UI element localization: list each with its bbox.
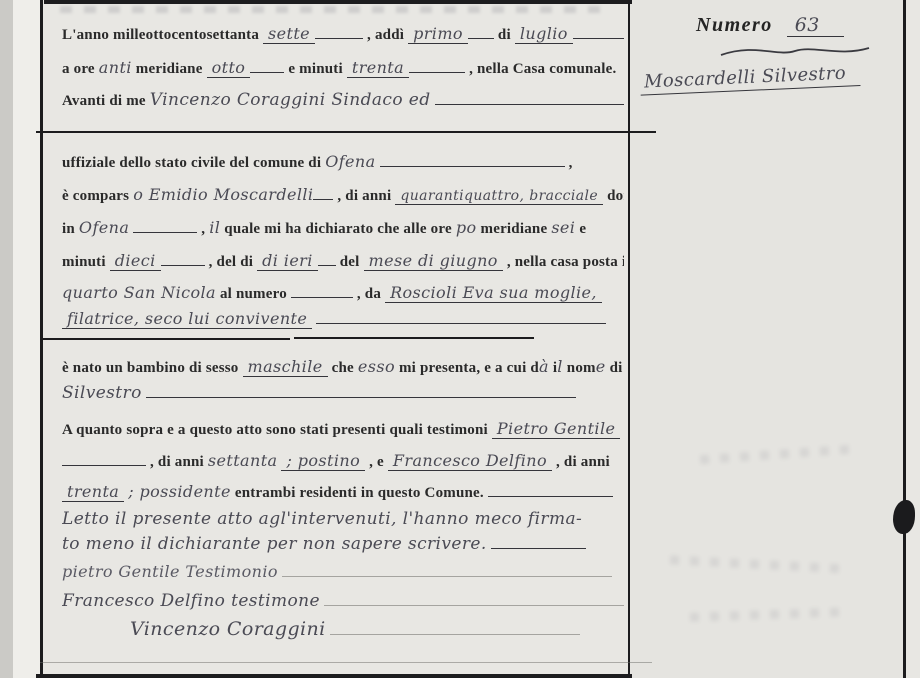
handwritten-letter: e: [596, 357, 606, 376]
handwritten-birth-month: mese di giugno: [364, 251, 503, 271]
printed-text: entrambi residenti in questo Comune.: [235, 485, 484, 501]
handwritten-declarant-name: o Emidio Moscardelli: [133, 185, 313, 204]
handwritten-witness2-occupation: ; possidente: [128, 482, 231, 501]
printed-text: in: [62, 221, 75, 237]
printed-text: al numero: [220, 286, 287, 302]
printed-text: nom: [567, 360, 596, 376]
handwritten-age-occupation: quarantiquattro, bracciale: [395, 188, 603, 205]
printed-text: , da: [357, 286, 381, 302]
printed-text: a ore: [62, 61, 95, 77]
blank-rule: [409, 68, 465, 73]
blank-rule: [250, 68, 284, 73]
printed-text: Avanti di me: [62, 93, 146, 109]
bottom-border-rule: [36, 674, 632, 678]
blank-rule: [133, 228, 197, 233]
handwritten-minutes: trenta: [347, 58, 409, 78]
signature-line-witness2: Francesco Delfino testimone: [62, 589, 624, 615]
signature-line-witness1: pietro Gentile Testimonio: [62, 560, 624, 586]
printed-text: ,: [569, 155, 573, 171]
printed-text: di: [498, 27, 511, 43]
handwritten-domicile: Ofena: [79, 218, 129, 237]
form-line-witnesses-intro: A quanto sopra e a questo atto sono stat…: [62, 417, 624, 443]
numero-value: 63: [787, 14, 844, 37]
blank-rule: [573, 34, 624, 39]
form-line-child-sex: è nato un bambino di sesso maschile che …: [62, 355, 624, 381]
printed-text: meridiane: [481, 221, 548, 237]
printed-text: , addì: [367, 27, 404, 43]
printed-text: domiciliat: [607, 188, 624, 204]
printed-text: , del di: [209, 254, 254, 270]
section-divider-2a: [40, 338, 290, 340]
blank-rule: [488, 492, 613, 497]
handwritten-letter: l: [557, 357, 563, 376]
form-line-child-name: Silvestro: [62, 381, 624, 407]
printed-text: , di anni: [150, 454, 204, 470]
handwritten-closing-text: Letto il presente atto agl'intervenuti, …: [62, 509, 582, 529]
signature-official: Vincenzo Coraggini: [130, 618, 326, 640]
printed-text: minuti: [62, 254, 106, 270]
printed-text: L'anno milleottocentosettanta: [62, 27, 259, 43]
printed-text: è nato un bambino di sesso: [62, 360, 239, 376]
printed-text: uffiziale dello stato civile del comune …: [62, 155, 321, 171]
printed-text: , e: [369, 454, 384, 470]
signature-line-official: Vincenzo Coraggini: [130, 617, 624, 643]
handwritten-witness1-occupation: ; postino: [281, 451, 365, 471]
printed-text: A quanto sopra e a questo atto sono stat…: [62, 422, 488, 438]
handwritten-witness2-name: Francesco Delfino: [388, 451, 552, 471]
handwritten-hour: otto: [207, 58, 251, 78]
paper-left-margin: [13, 0, 40, 678]
form-line-comune: uffiziale dello stato civile del comune …: [62, 150, 624, 176]
handwritten-witness1-age: settanta: [208, 451, 278, 470]
form-line-domicile: in Ofena , il quale mi ha dichiarato che…: [62, 216, 624, 242]
handwritten-official-name: Vincenzo Coraggini Sindaco ed: [150, 90, 431, 110]
handwritten-birth-hour: sei: [551, 218, 575, 237]
form-line-mother-occupation: filatrice, seco lui convivente: [62, 307, 624, 333]
top-border-rule: [44, 0, 632, 4]
printed-text: e minuti: [288, 61, 343, 77]
scanner-edge-strip: [0, 0, 13, 678]
handwritten-child-name: Silvestro: [62, 383, 142, 403]
handwritten-day: primo: [408, 24, 468, 44]
handwritten-year: sette: [263, 24, 315, 44]
handwritten-letter: à: [539, 357, 549, 376]
form-line-house: quarto San Nicola al numero , da Rosciol…: [62, 281, 624, 307]
handwritten-mother-name: Roscioli Eva sua moglie,: [385, 283, 602, 303]
signature-witness1: pietro Gentile Testimonio: [62, 562, 278, 581]
printed-text: , nella casa posta in: [507, 254, 624, 270]
signature-witness2: Francesco Delfino testimone: [62, 591, 320, 611]
printed-text: ,: [201, 221, 205, 237]
handwritten-district: quarto San Nicola: [62, 283, 216, 302]
blank-rule: [380, 162, 565, 167]
form-line-witness2-details: trenta ; possidente entrambi residenti i…: [62, 480, 624, 506]
handwritten-anti: anti: [99, 58, 132, 77]
section-divider-2b: [294, 337, 534, 339]
handwritten-esso: esso: [358, 357, 395, 376]
handwritten-po: po: [456, 218, 477, 237]
numero-row: Numero 63: [696, 14, 844, 37]
printed-text: del: [340, 254, 360, 270]
handwritten-witness1-name: Pietro Gentile: [492, 419, 620, 439]
handwritten-comune: Ofena: [325, 152, 375, 171]
blank-rule: [161, 261, 205, 266]
blank-rule: [313, 195, 333, 200]
ink-blot: [893, 500, 915, 534]
printed-text: mi presenta, e a cui d: [399, 360, 539, 376]
blank-rule: [468, 34, 494, 39]
form-line-witness1-details: , di anni settanta ; postino , e Frances…: [62, 449, 624, 475]
form-line-official: Avanti di me Vincenzo Coraggini Sindaco …: [62, 88, 624, 114]
birth-record-page: L'anno milleottocentosettanta sette , ad…: [0, 0, 920, 678]
printed-text: , di anni: [556, 454, 610, 470]
blank-rule: [62, 461, 146, 466]
printed-text: di: [610, 360, 623, 376]
section-divider-1: [36, 131, 656, 133]
form-line-year: L'anno milleottocentosettanta sette , ad…: [62, 22, 624, 48]
handwritten-birth-minutes: dieci: [110, 251, 161, 271]
blank-rule: [315, 34, 363, 39]
annotation-margin-column: [630, 0, 905, 678]
handwritten-mother-occupation: filatrice, seco lui convivente: [62, 309, 312, 329]
faint-rule: [324, 601, 624, 606]
blank-rule: [316, 319, 606, 324]
blank-rule: [435, 100, 624, 105]
printed-text: è compars: [62, 188, 129, 204]
handwritten-birth-day: di ieri: [257, 251, 318, 271]
printed-text: , nella Casa comunale.: [469, 61, 616, 77]
form-line-closing-1: Letto il presente atto agl'intervenuti, …: [62, 507, 624, 533]
printed-text: meridiane: [136, 61, 203, 77]
column-divider-rule: [628, 0, 630, 678]
blank-rule: [491, 544, 586, 549]
faint-rule: [282, 572, 612, 577]
handwritten-month: luglio: [515, 24, 573, 44]
handwritten-sex: maschile: [243, 357, 328, 377]
bleed-through-smudge: [60, 6, 600, 13]
form-line-birthdate: minuti dieci , del di di ieri del mese d…: [62, 249, 624, 275]
flourish-brace-icon: [715, 44, 875, 60]
numero-label: Numero: [696, 14, 773, 36]
blank-rule: [318, 261, 336, 266]
form-line-closing-2: to meno il dichiarante per non sapere sc…: [62, 532, 624, 558]
printed-text: quale mi ha dichiarato che alle ore: [224, 221, 452, 237]
handwritten-witness2-age: trenta: [62, 482, 124, 502]
blank-rule: [291, 293, 353, 298]
faint-rule: [330, 630, 580, 635]
handwritten-il: il: [209, 218, 220, 237]
right-border-rule: [903, 0, 906, 678]
printed-text: e: [579, 221, 586, 237]
blank-rule: [146, 393, 576, 398]
form-line-declarant: è compars o Emidio Moscardelli , di anni…: [62, 183, 624, 209]
form-line-hour: a ore anti meridiane otto e minuti trent…: [62, 56, 624, 82]
handwritten-closing-text: to meno il dichiarante per non sapere sc…: [62, 534, 487, 554]
footer-faint-rule: [40, 662, 652, 663]
printed-text: che: [332, 360, 354, 376]
printed-text: , di anni: [337, 188, 391, 204]
